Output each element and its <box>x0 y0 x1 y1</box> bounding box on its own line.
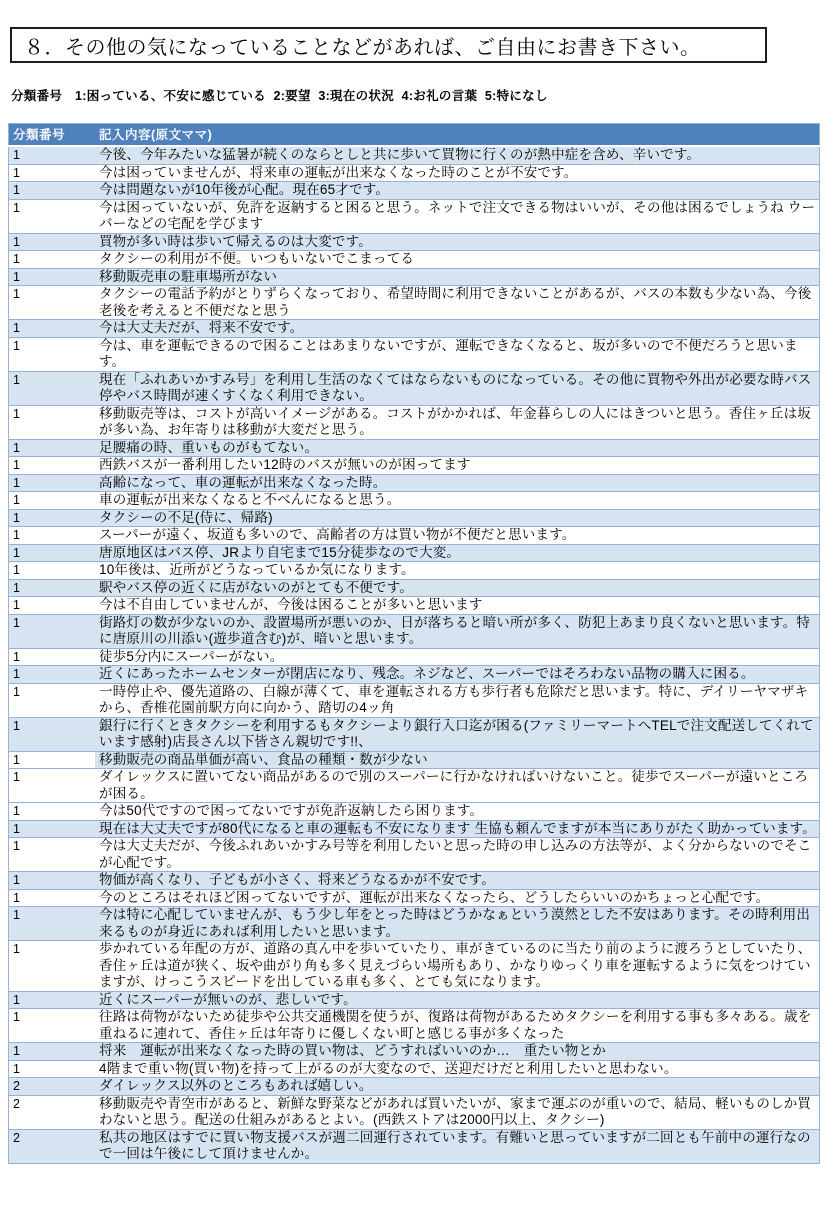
row-entry-content: 歩かれている年配の方が、道路の真ん中を歩いていたり、車がきているのに当たり前のよ… <box>95 941 820 992</box>
row-entry-content: 足腰痛の時、重いものがもてない。 <box>95 439 820 457</box>
row-entry-content: 移動販売等は、コストが高いイメージがある。コストがかかれば、年金暮らしの人にはき… <box>95 405 820 439</box>
row-entry-content: 現在は大丈夫ですが80代になると車の運転も不安になります 生協も頼んでますが本当… <box>95 820 820 838</box>
table-row: 1タクシーの電話予約がとりずらくなっており、希望時間に利用できないことがあるが、… <box>9 286 820 320</box>
row-entry-content: スーパーが遠く、坂道も多いので、高齢者の方は買い物が不便だと思います。 <box>95 527 820 545</box>
row-entry-content: 買物が多い時は歩いて帰えるのは大変です。 <box>95 233 820 251</box>
row-category-number: 1 <box>9 1009 96 1043</box>
row-category-number: 1 <box>9 182 96 200</box>
row-entry-content: 今は50代ですので困ってないですが免許返納したら困ります。 <box>95 803 820 821</box>
table-row: 1今は大丈夫だが、今後ふれあいかすみ号等を利用したいと思った時の申し込みの方法等… <box>9 838 820 872</box>
table-row: 1今は大丈夫だが、将来不安です。 <box>9 320 820 338</box>
row-category-number: 1 <box>9 751 96 769</box>
row-entry-content: 移動販売や青空市があると、新鮮な野菜などがあれば買いたいが、家まで運ぶのが重いの… <box>95 1095 820 1129</box>
row-entry-content: 往路は荷物がないため徒歩や公共交通機関を使うが、復路は荷物があるためタクシーを利… <box>95 1009 820 1043</box>
row-category-number: 1 <box>9 164 96 182</box>
row-entry-content: 街路灯の数が少ないのか、設置場所が悪いのか、日が落ちると暗い所が多く、防犯上あま… <box>95 614 820 648</box>
document-page: ８．その他の気になっていることなどがあれば、ご自由にお書き下さい。 分類番号 1… <box>0 0 828 1210</box>
row-entry-content: 今のところはそれほど困ってないですが、運転が出来なくなったら、どうしたらいいのか… <box>95 889 820 907</box>
table-row: 1移動販売等は、コストが高いイメージがある。コストがかかれば、年金暮らしの人には… <box>9 405 820 439</box>
row-entry-content: 今は大丈夫だが、今後ふれあいかすみ号等を利用したいと思った時の申し込みの方法等が… <box>95 838 820 872</box>
row-category-number: 1 <box>9 579 96 597</box>
row-category-number: 1 <box>9 1060 96 1078</box>
table-row: 1買物が多い時は歩いて帰えるのは大変です。 <box>9 233 820 251</box>
table-row: 1駅やバス停の近くに店がないのがとても不便です。 <box>9 579 820 597</box>
table-row: 1今は、車を運転できるので困ることはあまりないですが、運転できなくなると、坂が多… <box>9 337 820 371</box>
table-row: 1今は困っていないが、免許を返納すると困ると思う。ネットで注文できる物はいいが、… <box>9 199 820 233</box>
table-row: 1今のところはそれほど困ってないですが、運転が出来なくなったら、どうしたらいいの… <box>9 889 820 907</box>
row-category-number: 1 <box>9 838 96 872</box>
row-entry-content: ダイレックス以外のところもあれば嬉しい。 <box>95 1078 820 1096</box>
table-row: 1西鉄バスが一番利用したい12時のバスが無いのが困ってます <box>9 457 820 475</box>
row-category-number: 1 <box>9 820 96 838</box>
row-category-number: 2 <box>9 1095 96 1129</box>
table-row: 1街路灯の数が少ないのか、設置場所が悪いのか、日が落ちると暗い所が多く、防犯上あ… <box>9 614 820 648</box>
table-row: 1現在「ふれあいかすみ号」を利用し生活のなくてはならないものになっている。その他… <box>9 371 820 405</box>
row-entry-content: 将来 運転が出来なくなった時の買い物は、どうすればいいのか… 重たい物とか <box>95 1043 820 1061</box>
row-entry-content: 移動販売車の駐車場所がない <box>95 268 820 286</box>
row-entry-content: 今後、今年みたいな猛暑が続くのならとしと共に歩いて買物に行くのが熱中症を含め、辛… <box>95 146 820 164</box>
column-header-entry-content: 記入内容(原文ママ) <box>95 124 820 147</box>
row-category-number: 1 <box>9 286 96 320</box>
row-entry-content: 今は、車を運転できるので困ることはあまりないですが、運転できなくなると、坂が多い… <box>95 337 820 371</box>
row-category-number: 1 <box>9 146 96 164</box>
row-category-number: 1 <box>9 320 96 338</box>
table-row: 1徒歩5分内にスーパーがない。 <box>9 648 820 666</box>
row-category-number: 1 <box>9 509 96 527</box>
row-category-number: 1 <box>9 492 96 510</box>
question-title-box: ８．その他の気になっていることなどがあれば、ご自由にお書き下さい。 <box>10 27 767 63</box>
table-row: 1今は50代ですので困ってないですが免許返納したら困ります。 <box>9 803 820 821</box>
row-category-number: 1 <box>9 251 96 269</box>
row-entry-content: 車の運転が出来なくなると不べんになると思う。 <box>95 492 820 510</box>
row-entry-content: 銀行に行くときタクシーを利用するもタクシーより銀行入口迄が困る(ファミリーマート… <box>95 717 820 751</box>
row-entry-content: 移動販売の商品単価が高い、食品の種類・数が少ない <box>95 751 820 769</box>
classification-legend: 分類番号 1:困っている、不安に感じている 2:要望 3:現在の状況 4:お礼の… <box>11 86 548 104</box>
table-row: 1将来 運転が出来なくなった時の買い物は、どうすればいいのか… 重たい物とか <box>9 1043 820 1061</box>
row-category-number: 1 <box>9 474 96 492</box>
row-entry-content: 近くにスーパーが無いのが、悲しいです。 <box>95 991 820 1009</box>
table-row: 1足腰痛の時、重いものがもてない。 <box>9 439 820 457</box>
row-entry-content: 今は不自由していませんが、今後は困ることが多いと思います <box>95 597 820 615</box>
row-category-number: 1 <box>9 666 96 684</box>
row-entry-content: 今は困っていませんが、将来車の運転が出来なくなった時のことが不安です。 <box>95 164 820 182</box>
row-entry-content: 高齢になって、車の運転が出来なくなった時。 <box>95 474 820 492</box>
table-row: 1銀行に行くときタクシーを利用するもタクシーより銀行入口迄が困る(ファミリーマー… <box>9 717 820 751</box>
row-category-number: 1 <box>9 683 96 717</box>
table-row: 1今は不自由していませんが、今後は困ることが多いと思います <box>9 597 820 615</box>
question-title: ８．その他の気になっていることなどがあれば、ご自由にお書き下さい。 <box>24 31 701 60</box>
row-category-number: 1 <box>9 907 96 941</box>
table-row: 1今は特に心配していませんが、もう少し年をとった時はどうかなぁという漠然とした不… <box>9 907 820 941</box>
table-row: 1タクシーの利用が不便。いつもいないでこまってる <box>9 251 820 269</box>
row-category-number: 1 <box>9 457 96 475</box>
row-entry-content: ダイレックスに置いてない商品があるので別のスーパーに行かなければいけないこと。徒… <box>95 769 820 803</box>
row-category-number: 2 <box>9 1078 96 1096</box>
table-row: 1今は問題ないが10年後が心配。現在65才です。 <box>9 182 820 200</box>
table-row: 1現在は大丈夫ですが80代になると車の運転も不安になります 生協も頼んでますが本… <box>9 820 820 838</box>
row-category-number: 1 <box>9 268 96 286</box>
row-category-number: 1 <box>9 405 96 439</box>
table-row: 1往路は荷物がないため徒歩や公共交通機関を使うが、復路は荷物があるためタクシーを… <box>9 1009 820 1043</box>
table-row: 1唐原地区はバス停、JRより自宅まで15分徒歩なので大変。 <box>9 544 820 562</box>
table-row: 1移動販売車の駐車場所がない <box>9 268 820 286</box>
row-entry-content: タクシーの電話予約がとりずらくなっており、希望時間に利用できないことがあるが、バ… <box>95 286 820 320</box>
row-category-number: 1 <box>9 544 96 562</box>
row-category-number: 1 <box>9 991 96 1009</box>
table-row: 2ダイレックス以外のところもあれば嬉しい。 <box>9 1078 820 1096</box>
row-category-number: 1 <box>9 597 96 615</box>
row-category-number: 1 <box>9 769 96 803</box>
row-category-number: 1 <box>9 562 96 580</box>
table-row: 1車の運転が出来なくなると不べんになると思う。 <box>9 492 820 510</box>
row-category-number: 1 <box>9 439 96 457</box>
table-row: 1高齢になって、車の運転が出来なくなった時。 <box>9 474 820 492</box>
table-row: 1歩かれている年配の方が、道路の真ん中を歩いていたり、車がきているのに当たり前の… <box>9 941 820 992</box>
table-row: 1近くにあったホームセンターが閉店になり、残念。ネジなど、スーパーではそろわない… <box>9 666 820 684</box>
table-row: 14階まで重い物(買い物)を持って上がるのが大変なので、送迎だけだと利用したいと… <box>9 1060 820 1078</box>
row-entry-content: 今は大丈夫だが、将来不安です。 <box>95 320 820 338</box>
row-entry-content: 徒歩5分内にスーパーがない。 <box>95 648 820 666</box>
row-entry-content: 今は問題ないが10年後が心配。現在65才です。 <box>95 182 820 200</box>
row-category-number: 1 <box>9 1043 96 1061</box>
row-category-number: 1 <box>9 889 96 907</box>
table-row: 1ダイレックスに置いてない商品があるので別のスーパーに行かなければいけないこと。… <box>9 769 820 803</box>
row-entry-content: タクシーの不足(侍に、帰路) <box>95 509 820 527</box>
row-category-number: 1 <box>9 527 96 545</box>
table-row: 1一時停止や、優先道路の、白線が薄くて、車を運転される方も歩行者も危除だと思いま… <box>9 683 820 717</box>
table-row: 1近くにスーパーが無いのが、悲しいです。 <box>9 991 820 1009</box>
row-entry-content: 物価が高くなり、子どもが小さく、将来どうなるかが不安です。 <box>95 872 820 890</box>
row-entry-content: 近くにあったホームセンターが閉店になり、残念。ネジなど、スーパーではそろわない品… <box>95 666 820 684</box>
row-category-number: 1 <box>9 233 96 251</box>
row-entry-content: 私共の地区はすでに買い物支援バスが週二回運行されています。有難いと思っていますが… <box>95 1129 820 1163</box>
row-category-number: 1 <box>9 199 96 233</box>
table-header: 分類番号 記入内容(原文ママ) <box>9 124 820 147</box>
row-entry-content: 今は困っていないが、免許を返納すると困ると思う。ネットで注文できる物はいいが、そ… <box>95 199 820 233</box>
table-row: 2私共の地区はすでに買い物支援バスが週二回運行されています。有難いと思っています… <box>9 1129 820 1163</box>
row-entry-content: 唐原地区はバス停、JRより自宅まで15分徒歩なので大変。 <box>95 544 820 562</box>
table-row: 1今後、今年みたいな猛暑が続くのならとしと共に歩いて買物に行くのが熱中症を含め、… <box>9 146 820 164</box>
table-row: 1物価が高くなり、子どもが小さく、将来どうなるかが不安です。 <box>9 872 820 890</box>
row-entry-content: 10年後は、近所がどうなっているか気になります。 <box>95 562 820 580</box>
row-category-number: 2 <box>9 1129 96 1163</box>
row-entry-content: 駅やバス停の近くに店がないのがとても不便です。 <box>95 579 820 597</box>
row-category-number: 1 <box>9 803 96 821</box>
column-header-category-number: 分類番号 <box>9 124 96 147</box>
row-entry-content: 現在「ふれあいかすみ号」を利用し生活のなくてはならないものになっている。その他に… <box>95 371 820 405</box>
row-category-number: 1 <box>9 648 96 666</box>
row-category-number: 1 <box>9 941 96 992</box>
row-category-number: 1 <box>9 614 96 648</box>
row-entry-content: 今は特に心配していませんが、もう少し年をとった時はどうかなぁという漠然とした不安… <box>95 907 820 941</box>
table-body: 1今後、今年みたいな猛暑が続くのならとしと共に歩いて買物に行くのが熱中症を含め、… <box>9 146 820 1163</box>
row-category-number: 1 <box>9 872 96 890</box>
table-row: 2移動販売や青空市があると、新鮮な野菜などがあれば買いたいが、家まで運ぶのが重い… <box>9 1095 820 1129</box>
table-row: 1スーパーが遠く、坂道も多いので、高齢者の方は買い物が不便だと思います。 <box>9 527 820 545</box>
row-entry-content: 4階まで重い物(買い物)を持って上がるのが大変なので、送迎だけだと利用したいと思… <box>95 1060 820 1078</box>
table-row: 110年後は、近所がどうなっているか気になります。 <box>9 562 820 580</box>
table-row: 1移動販売の商品単価が高い、食品の種類・数が少ない <box>9 751 820 769</box>
header-row: 分類番号 記入内容(原文ママ) <box>9 124 820 147</box>
row-entry-content: 西鉄バスが一番利用したい12時のバスが無いのが困ってます <box>95 457 820 475</box>
row-category-number: 1 <box>9 717 96 751</box>
row-category-number: 1 <box>9 337 96 371</box>
table-row: 1今は困っていませんが、将来車の運転が出来なくなった時のことが不安です。 <box>9 164 820 182</box>
table-row: 1タクシーの不足(侍に、帰路) <box>9 509 820 527</box>
row-entry-content: 一時停止や、優先道路の、白線が薄くて、車を運転される方も歩行者も危除だと思います… <box>95 683 820 717</box>
responses-table: 分類番号 記入内容(原文ママ) 1今後、今年みたいな猛暑が続くのならとしと共に歩… <box>8 123 820 1164</box>
row-entry-content: タクシーの利用が不便。いつもいないでこまってる <box>95 251 820 269</box>
row-category-number: 1 <box>9 371 96 405</box>
